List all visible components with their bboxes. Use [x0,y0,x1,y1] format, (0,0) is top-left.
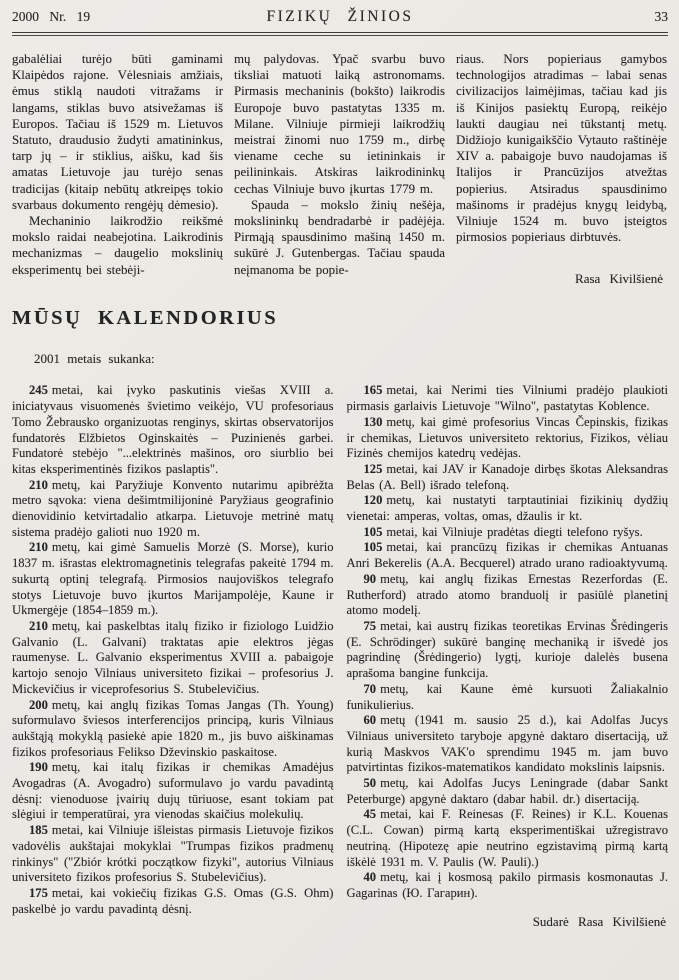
entry-years-number: 200 [29,698,48,712]
entry-years-number: 210 [29,540,48,554]
entry-text: metų (1941 m. sausio 25 d.), kai Adolfas… [347,713,669,774]
article-section: gabalėliai turėjo būti gaminami Klaipėdo… [12,51,668,287]
calendar-entry: 105metai, kai prancūzų fizikas ir chemik… [347,540,669,571]
entry-text: metai, kai vokiečių fizikas G.S. Omas (G… [12,886,334,916]
entry-years-number: 70 [364,682,377,696]
calendar-entry: 125metai, kai JAV ir Kanadoje dirbęs ško… [347,462,669,493]
article-paragraph: Mechaninio laikrodžio reikšmė mokslo rai… [12,213,223,278]
entry-text: metai, kai austrų fizikas teoretikas Erv… [347,619,669,680]
journal-title: FIZIKŲ ŽINIOS [182,8,498,26]
page-header: 2000 Nr. 19 FIZIKŲ ŽINIOS 33 [12,8,668,26]
page-number: 33 [498,9,668,25]
entry-text: metai, kai F. Reinesas (F. Reines) ir K.… [347,807,669,868]
entry-years-number: 125 [364,462,383,476]
entry-years-number: 105 [364,525,383,539]
entry-years-number: 175 [29,886,48,900]
calendar-entry: 105metai, kai Vilniuje pradėtas diegti t… [347,525,669,541]
header-rule [12,32,668,36]
entry-text: metų, kai anglų fizikas Tomas Jangas (Th… [12,698,334,759]
calendar-entry: 185metai, kai Vilniuje išleistas pirmasi… [12,823,334,886]
entry-text: metų, kai anglų fizikas Ernestas Rezerfo… [347,572,669,617]
entry-text: metai, kai Vilniuje pradėtas diegti tele… [386,525,642,539]
calendar-entry: 45metai, kai F. Reinesas (F. Reines) ir … [347,807,669,870]
entry-text: metų, kai nustatyti tarptautiniai fiziki… [347,493,669,523]
calendar-entry: 40metų, kai į kosmosą pakilo pirmasis ko… [347,870,669,901]
article-paragraph: Spauda – mokslo žinių nešėja, mokslinink… [234,197,445,278]
calendar-left-column: 245metai, kai įvyko paskutinis viešas XV… [12,383,334,929]
entry-years-number: 185 [29,823,48,837]
entry-years-number: 245 [29,383,48,397]
entry-text: metų, kai Kaune ėmė kursuoti Žaliakalnio… [347,682,669,712]
entry-text: metai, kai Nerimi ties Vilniumi pradėjo … [347,383,669,413]
entry-text: metai, kai Vilniuje išleistas pirmasis L… [12,823,334,884]
entry-years-number: 40 [364,870,377,884]
calendar-right-column: 165metai, kai Nerimi ties Vilniumi pradė… [347,383,669,929]
calendar-entry: 130metų, kai gimė profesorius Vincas Čep… [347,415,669,462]
entry-years-number: 60 [364,713,377,727]
entry-years-number: 165 [364,383,383,397]
article-column-3: riaus. Nors popieriaus gamybos technolog… [456,51,667,287]
calendar-entry: 245metai, kai įvyko paskutinis viešas XV… [12,383,334,477]
article-signature: Rasa Kivilšienė [456,271,663,287]
calendar-entry: 120metų, kai nustatyti tarptautiniai fiz… [347,493,669,524]
calendar-entry: 50metų, kai Adolfas Jucys Leningrade (da… [347,776,669,807]
calendar-entry: 60metų (1941 m. sausio 25 d.), kai Adolf… [347,713,669,776]
calendar-heading: MŪSŲ KALENDORIUS [12,307,668,330]
entry-text: metų, kai Paryžiuje Konvento nutarimu ap… [12,478,334,539]
calendar-intro: 2001 metais sukanka: [12,351,668,367]
entry-years-number: 190 [29,760,48,774]
article-paragraph: riaus. Nors popieriaus gamybos technolog… [456,51,667,245]
entry-text: metai, kai JAV ir Kanadoje dirbęs škotas… [347,462,669,492]
entry-years-number: 130 [364,415,383,429]
issue-label: 2000 Nr. 19 [12,9,182,25]
entry-text: metų, kai gimė profesorius Vincas Čepins… [347,415,669,460]
entry-text: metai, kai įvyko paskutinis viešas XVIII… [12,383,334,476]
calendar-entry: 70metų, kai Kaune ėmė kursuoti Žaliakaln… [347,682,669,713]
article-paragraph: gabalėliai turėjo būti gaminami Klaipėdo… [12,51,223,213]
calendar-entry: 210metų, kai Paryžiuje Konvento nutarimu… [12,478,334,541]
calendar-signature: Sudarė Rasa Kivilšienė [347,914,667,930]
entry-years-number: 75 [364,619,377,633]
entry-years-number: 105 [364,540,383,554]
entry-text: metų, kai Adolfas Jucys Leningrade (daba… [347,776,669,806]
entry-years-number: 120 [364,493,383,507]
article-column-1: gabalėliai turėjo būti gaminami Klaipėdo… [12,51,223,287]
entry-years-number: 45 [364,807,377,821]
calendar-entry: 190metų, kai italų fizikas ir chemikas A… [12,760,334,823]
calendar-entry: 200metų, kai anglų fizikas Tomas Jangas … [12,698,334,761]
entry-text: metų, kai į kosmosą pakilo pirmasis kosm… [347,870,669,900]
entry-years-number: 50 [364,776,377,790]
entry-text: metai, kai prancūzų fizikas ir chemikas … [347,540,669,570]
article-column-2: mų palydovas. Ypač svarbu buvo tiksliai … [234,51,445,287]
entry-years-number: 90 [364,572,377,586]
entry-years-number: 210 [29,619,48,633]
entry-text: metų, kai gimė Samuelis Morzė (S. Morse)… [12,540,334,617]
entry-text: metų, kai italų fizikas ir chemikas Amad… [12,760,334,821]
entry-years-number: 210 [29,478,48,492]
calendar-entry: 75metai, kai austrų fizikas teoretikas E… [347,619,669,682]
calendar-right-entries: 165metai, kai Nerimi ties Vilniumi pradė… [347,383,669,901]
calendar-section: 245metai, kai įvyko paskutinis viešas XV… [12,383,668,929]
calendar-entry: 210metų, kai paskelbtas italų fiziko ir … [12,619,334,698]
article-paragraph: mų palydovas. Ypač svarbu buvo tiksliai … [234,51,445,197]
calendar-entry: 165metai, kai Nerimi ties Vilniumi pradė… [347,383,669,414]
calendar-entry: 90metų, kai anglų fizikas Ernestas Rezer… [347,572,669,619]
calendar-entry: 175metai, kai vokiečių fizikas G.S. Omas… [12,886,334,917]
journal-page: 2000 Nr. 19 FIZIKŲ ŽINIOS 33 gabalėliai … [0,0,679,980]
entry-text: metų, kai paskelbtas italų fiziko ir fiz… [12,619,334,696]
calendar-entry: 210metų, kai gimė Samuelis Morzė (S. Mor… [12,540,334,619]
